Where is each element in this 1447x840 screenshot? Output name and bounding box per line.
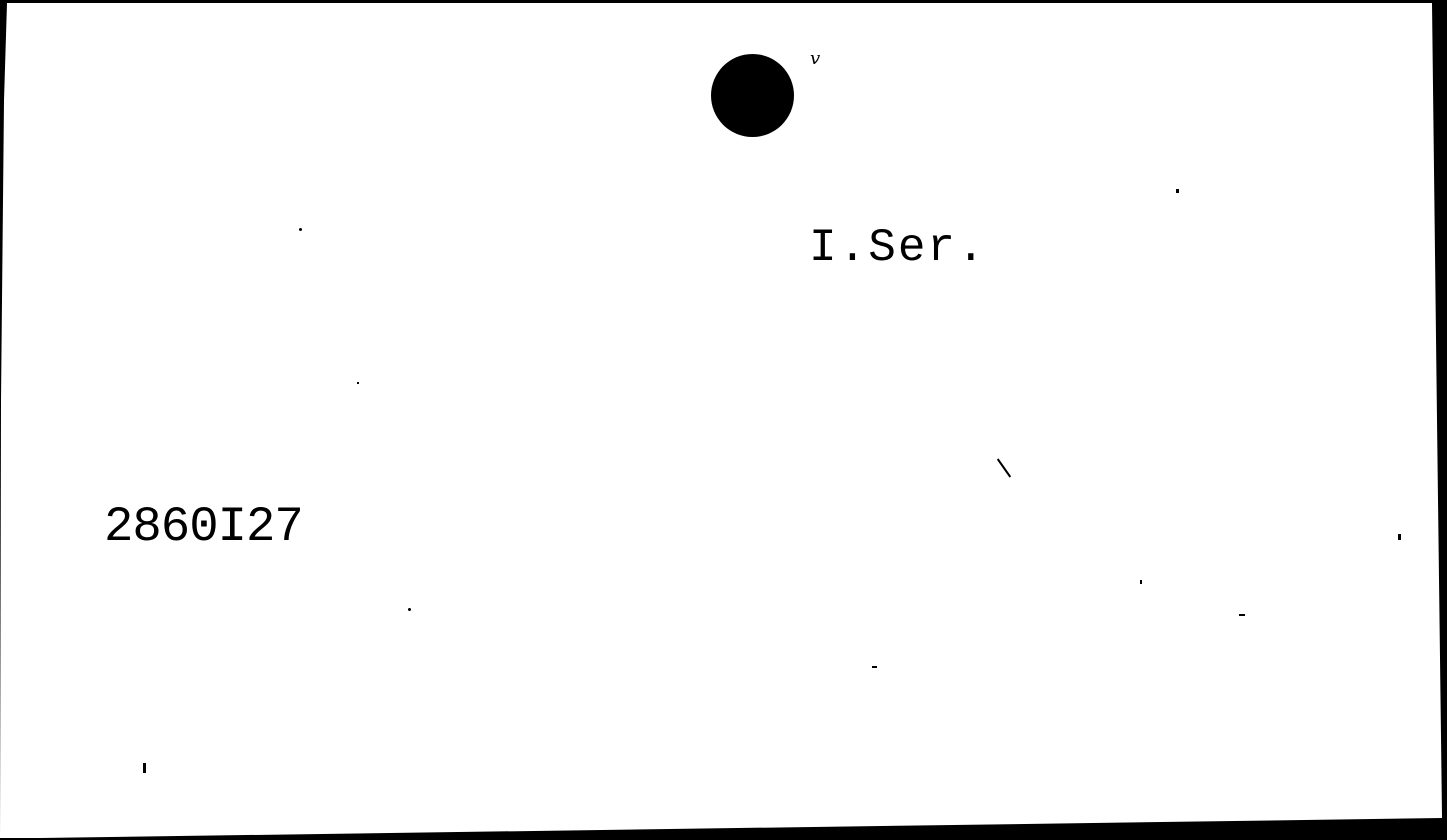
scan-speck bbox=[872, 666, 877, 668]
scan-speck bbox=[357, 382, 359, 384]
scan-speck bbox=[299, 228, 302, 231]
scan-speck bbox=[143, 763, 146, 773]
handwritten-mark: v bbox=[810, 48, 820, 69]
scan-speck bbox=[1140, 580, 1142, 584]
scan-speck bbox=[1176, 189, 1179, 193]
index-card: v I.Ser. 2860I27 bbox=[0, 0, 1447, 840]
punch-hole bbox=[711, 54, 794, 137]
scan-speck bbox=[1398, 534, 1401, 540]
series-label: I.Ser. bbox=[809, 222, 987, 274]
scan-speck bbox=[997, 458, 1011, 477]
scan-speck bbox=[1239, 614, 1245, 616]
record-number: 2860I27 bbox=[104, 499, 303, 555]
scan-speck bbox=[408, 608, 411, 611]
